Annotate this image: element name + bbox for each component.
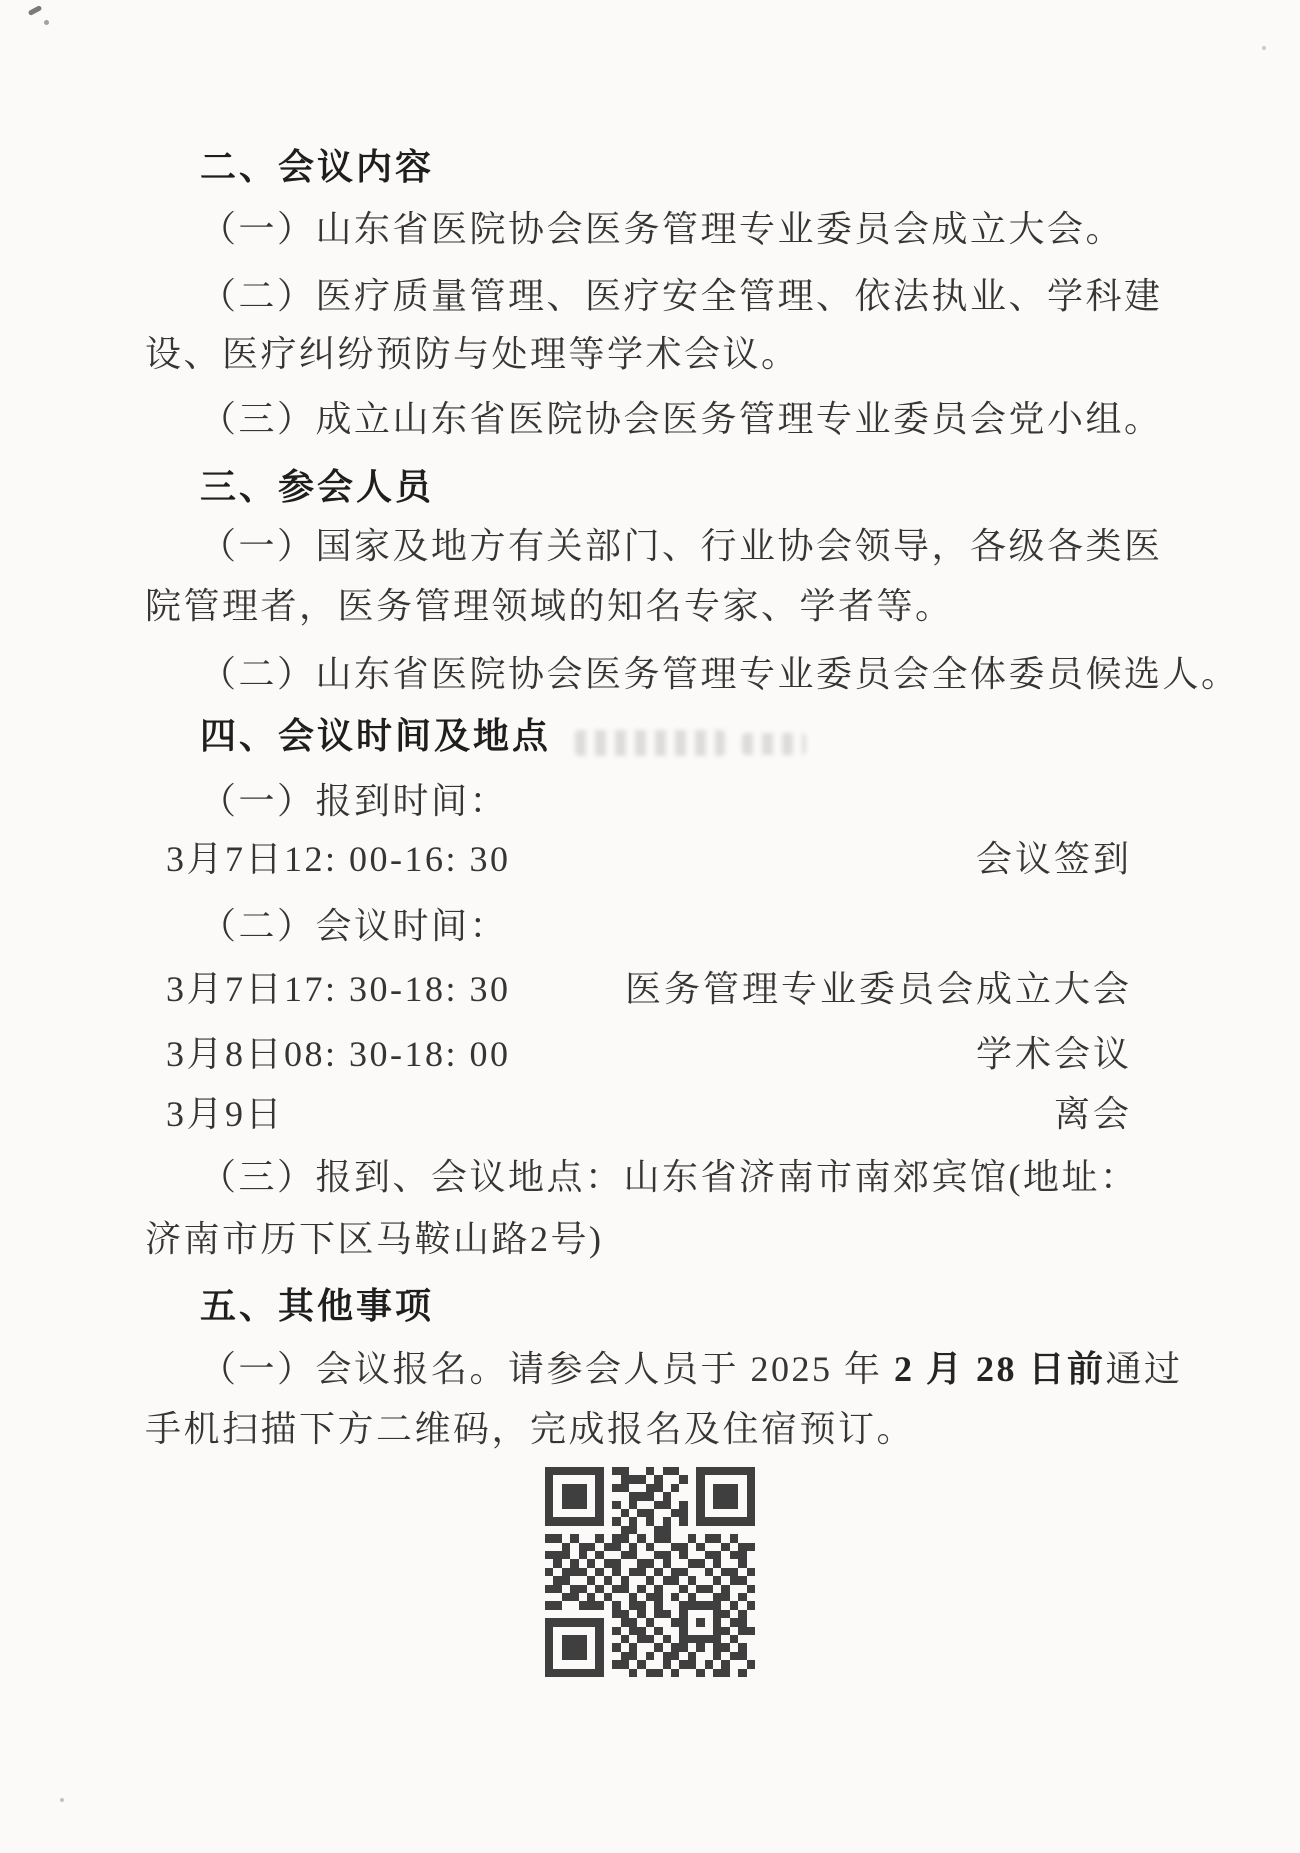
schedule-event: 会议签到 (976, 839, 1132, 880)
paragraph-line: （三）报到、会议地点：山东省济南市南郊宾馆(地址： (200, 1157, 1139, 1198)
qr-code (545, 1467, 755, 1677)
paragraph-line: （一）国家及地方有关部门、行业协会领导，各级各类医 (200, 526, 1163, 567)
paragraph-line: （三）成立山东省医院协会医务管理专业委员会党小组。 (200, 399, 1163, 440)
paragraph-line: 设、医疗纠纷预防与处理等学术会议。 (145, 334, 800, 375)
paragraph-line: （二）会议时间： (200, 906, 508, 947)
section-heading-meeting-content: 二、会议内容 (200, 147, 434, 188)
schedule-row: 3月7日17: 30-18: 30 医务管理专业委员会成立大会 (166, 969, 1132, 1010)
schedule-time: 3月7日17: 30-18: 30 (166, 969, 511, 1010)
paragraph-line: 院管理者，医务管理领域的知名专家、学者等。 (145, 586, 954, 627)
scan-speck (60, 1798, 64, 1802)
scan-speck (1262, 46, 1266, 50)
paragraph-line: 济南市历下区马鞍山路2号) (145, 1219, 604, 1260)
paragraph-line: 手机扫描下方二维码，完成报名及住宿预订。 (145, 1409, 915, 1450)
section-heading-participants: 三、参会人员 (200, 467, 434, 508)
registration-text-pre: （一）会议报名。请参会人员于 2025 年 (200, 1349, 894, 1389)
schedule-time: 3月9日 (166, 1094, 284, 1135)
scan-speck (28, 5, 43, 16)
paragraph-line: （一）山东省医院协会医务管理专业委员会成立大会。 (200, 209, 1124, 250)
section-heading-other-matters: 五、其他事项 (200, 1286, 434, 1327)
schedule-row: 3月7日12: 00-16: 30 会议签到 (166, 839, 1132, 880)
scanned-document-page: { "page": { "paper_color": "#fbfaf8", "i… (0, 0, 1300, 1853)
ink-bleedthrough-artifact (742, 733, 806, 755)
paragraph-line: （一）报到时间： (200, 781, 508, 822)
schedule-row: 3月9日 离会 (166, 1094, 1132, 1135)
paragraph-line: （一）会议报名。请参会人员于 2025 年 2 月 28 日前通过 (200, 1349, 1183, 1390)
schedule-event: 医务管理专业委员会成立大会 (625, 969, 1132, 1010)
schedule-time: 3月8日08: 30-18: 00 (166, 1034, 511, 1075)
section-heading-time-location: 四、会议时间及地点 (200, 716, 551, 757)
paragraph-line: （二）山东省医院协会医务管理专业委员会全体委员候选人。 (200, 654, 1240, 695)
schedule-event: 学术会议 (976, 1034, 1132, 1075)
schedule-time: 3月7日12: 00-16: 30 (166, 839, 511, 880)
schedule-row: 3月8日08: 30-18: 00 学术会议 (166, 1034, 1132, 1075)
scan-speck (44, 20, 49, 25)
schedule-event: 离会 (1054, 1094, 1132, 1135)
paragraph-line: （二）医疗质量管理、医疗安全管理、依法执业、学科建 (200, 276, 1163, 317)
registration-deadline: 2 月 28 日前 (894, 1349, 1106, 1389)
registration-text-post: 通过 (1106, 1349, 1183, 1389)
ink-bleedthrough-artifact (575, 730, 725, 756)
